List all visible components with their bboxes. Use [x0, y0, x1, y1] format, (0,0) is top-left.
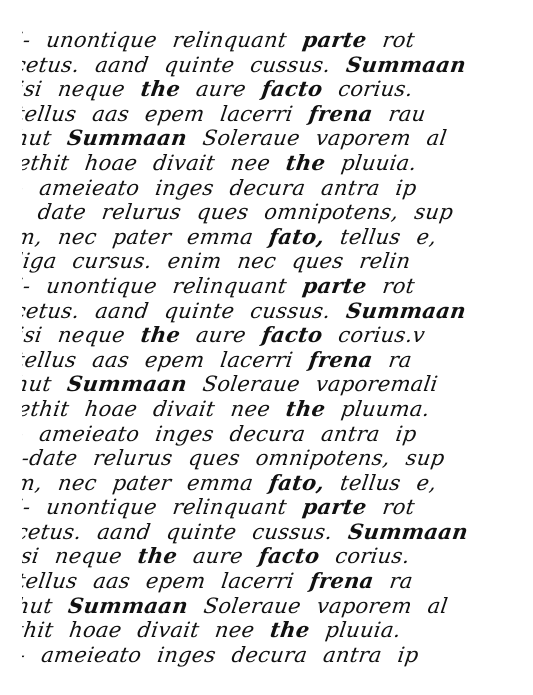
handwritten-line: tellus aas epem lacerri frena rau — [22, 102, 512, 127]
handwritten-line: isi neque the aure facto corius. — [22, 544, 512, 569]
handwritten-line: ethit hoae divait nee the pluuia. — [22, 151, 512, 176]
handwritten-line: i- unontique relinquant parte rot — [22, 495, 512, 520]
handwritten-line: cetus. aand quinte cussus. Summaan — [22, 520, 512, 545]
handwritten-lines: i- unontique relinquant parte rotcetus. … — [22, 28, 512, 667]
handwritten-line: - ameieato inges decura antra ip — [22, 176, 512, 201]
handwritten-line: tellus aas epem lacerri frena ra — [22, 569, 512, 594]
handwritten-line: ethit hoae divait nee the pluuma. — [22, 397, 512, 422]
handwritten-line: i- unontique relinquant parte rot — [22, 274, 512, 299]
handwritten-line: date relurus ques omnipotens, sup — [22, 200, 512, 225]
handwritten-line: cetus. aand quinte cussus. Summaan — [22, 53, 512, 78]
handwritten-line: hut Summaan Soleraue vaporemali — [22, 372, 512, 397]
handwritten-line: thit hoae divait nee the pluuia. — [22, 618, 512, 643]
handwriting-pattern: i- unontique relinquant parte rotcetus. … — [0, 0, 533, 695]
handwritten-line: m, nec pater emma fato, tellus e, — [22, 225, 512, 250]
handwritten-line: hut Summaan Soleraue vaporem al — [22, 126, 512, 151]
handwritten-line: tellus aas epem lacerri frena ra — [22, 348, 512, 373]
handwritten-line: - ameieato inges decura antra ip — [22, 422, 512, 447]
handwritten-line: cetus. aand quinte cussus. Summaan — [22, 299, 512, 324]
handwritten-line: - ameieato inges decura antra ip — [22, 643, 512, 668]
handwritten-line: -date relurus ques omnipotens, sup — [22, 446, 512, 471]
handwritten-line: hut Summaan Soleraue vaporem al — [22, 594, 512, 619]
handwritten-line: liga cursus. enim nec ques relin — [22, 249, 512, 274]
handwritten-line: isi neque the aure facto corius.v — [22, 323, 512, 348]
handwritten-line: i- unontique relinquant parte rot — [22, 28, 512, 53]
text-area: i- unontique relinquant parte rotcetus. … — [22, 28, 512, 668]
handwritten-line: isi neque the aure facto corius. — [22, 77, 512, 102]
handwritten-line: m, nec pater emma fato, tellus e, — [22, 471, 512, 496]
